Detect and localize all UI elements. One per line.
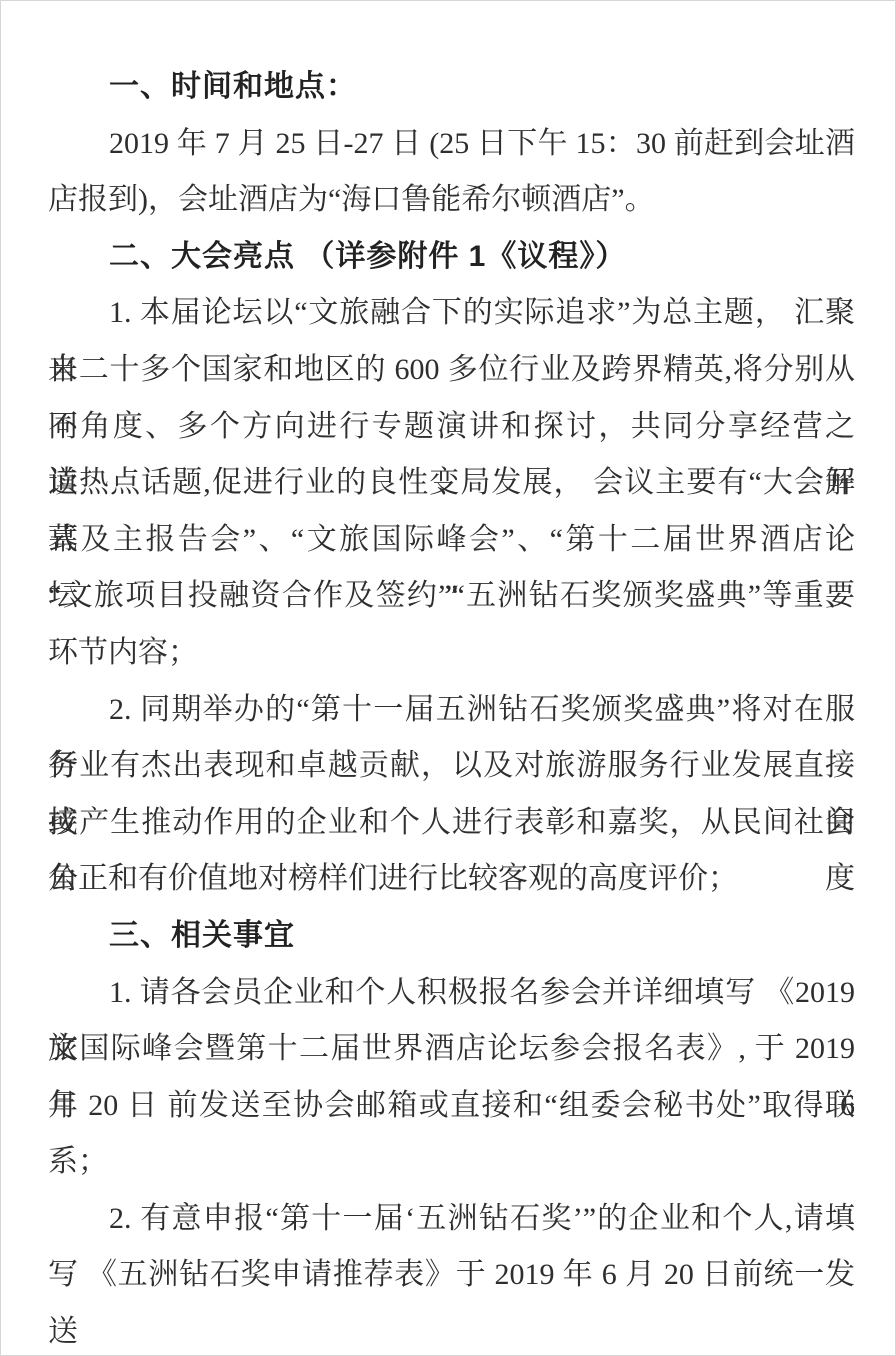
document-page: 一、时间和地点：2019 年 7 月 25 日-27 日 (25 日下午 15：… [0,0,896,1356]
text-line: 接产生推动作用的企业和个人进行表彰和嘉奖，从民间社会角度 [48,795,855,852]
text-line: 环节内容； [48,625,855,682]
text-line: 2. 同期举办的“第十一届五洲钻石奖颁奖盛典”将对在服务 [48,682,855,739]
text-line: 1. 本届论坛以“文旅融合下的实际追求”为总主题， 汇聚来 [48,285,855,342]
section-heading: 三、相关事宜 [48,908,855,965]
text-line: 2019 年 7 月 25 日-27 日 (25 日下午 15：30 前赶到会址… [48,116,855,173]
text-line: 公正和有价值地对榜样们进行比较客观的高度评价； [48,851,855,908]
section-heading: 二、大会亮点 （详参附件 1《议程》） [48,229,855,286]
text-line: 系； [48,1134,855,1191]
text-line: 1. 请各会员企业和个人积极报名参会并详细填写 《2019 文 [48,965,855,1022]
document-body: 一、时间和地点：2019 年 7 月 25 日-27 日 (25 日下午 15：… [48,59,855,1304]
text-line: 旅国际峰会暨第十二届世界酒店论坛参会报名表》, 于 2019 年 6 [48,1021,855,1078]
text-line: 自二十多个国家和地区的 600 多位行业及跨界精英,将分别从不 [48,342,855,399]
text-line: 读热点话题,促进行业的良性变局发展， 会议主要有“大会开幕 [48,455,855,512]
text-line: 同角度、多个方向进行专题演讲和探讨，共同分享经营之道、解 [48,399,855,456]
text-line: 式及主报告会”、“文旅国际峰会”、“第十二届世界酒店论坛”、 [48,512,855,569]
text-line: “文旅项目投融资合作及签约”“五洲钻石奖颁奖盛典”等重要 [48,568,855,625]
text-line: 行业有杰出表现和卓越贡献，以及对旅游服务行业发展直接或间 [48,738,855,795]
text-line: 2. 有意申报“第十一届‘五洲钻石奖’”的企业和个人,请填 [48,1191,855,1248]
text-line: 店报到)，会址酒店为“海口鲁能希尔顿酒店”。 [48,172,855,229]
text-line: 月 20 日 前发送至协会邮箱或直接和“组委会秘书处”取得联 [48,1078,855,1135]
text-line: 写 《五洲钻石奖申请推荐表》于 2019 年 6 月 20 日前统一发送 [48,1247,855,1304]
section-heading: 一、时间和地点： [48,59,855,116]
